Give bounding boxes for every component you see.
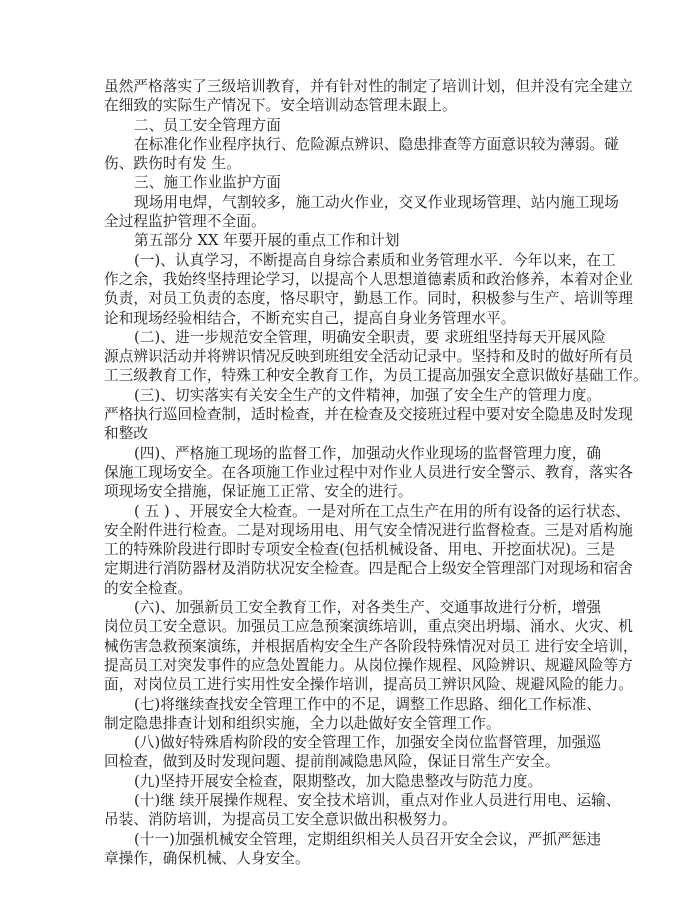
text-line: 章操作，确保机械、人身安全。	[104, 849, 598, 868]
text-line: (一)、认真学习，不断提高自身综合素质和业务管理水平．今年以来，在工	[104, 251, 598, 270]
text-line: 工三级教育工作，特殊工种安全教育工作，为员工提高加强安全意识做好基础工作。	[104, 366, 598, 385]
text-line: 全过程监护管理不全面。	[104, 212, 598, 231]
text-line: 作之余，我始终坚持理论学习，以提高个人思想道德素质和政治修养，本着对企业	[104, 270, 598, 289]
text-line: 在标准化作业程序执行、危险源点辨识、隐患排查等方面意识较为薄弱。碰	[104, 135, 598, 154]
text-line: (十一)加强机械安全管理，定期组织相关人员召开安全会议，严抓严惩违	[104, 830, 598, 849]
section-heading: 三、施工作业监护方面	[104, 173, 598, 192]
text-line: 岗位员工安全意识。加强员工应急预案演练培训，重点突出坍塌、涌水、火灾、机	[104, 617, 598, 636]
text-line: (八)做好特殊盾构阶段的安全管理工作，加强安全岗位监督管理，加强巡	[104, 733, 598, 752]
text-line: (三)、切实落实有关安全生产的文件精神，加强了安全生产的管理力度。	[104, 386, 598, 405]
text-line: 负责，对员工负责的态度，恪尽职守，勤恳工作。同时，积极参与生产、培训等理	[104, 289, 598, 308]
text-line: 现场用电焊，气割较多，施工动火作业，交叉作业现场管理、站内施工现场	[104, 193, 598, 212]
text-line: (七)将继续查找安全管理工作中的不足，调整工作思路、细化工作标准、	[104, 695, 598, 714]
text-line: (六)、加强新员工安全教育工作，对各类生产、交通事故进行分析，增强	[104, 598, 598, 617]
text-line: ( 五 ) 、开展安全大检查。一是对所在工点生产在用的所有设备的运行状态、	[104, 502, 598, 521]
text-line: (九)坚持开展安全检查，限期整改，加大隐患整改与防范力度。	[104, 772, 598, 791]
text-line: 和整改	[104, 424, 598, 443]
text-line: 制定隐患排查计划和组织实施，全力以赴做好安全管理工作。	[104, 714, 598, 733]
text-line: 项现场安全措施，保证施工正常、安全的进行。	[104, 482, 598, 501]
section-heading: 二、员工安全管理方面	[104, 116, 598, 135]
text-line: 虽然严格落实了三级培训教育，并有针对性的制定了培训计划，但并没有完全建立	[104, 77, 598, 96]
text-line: 安全附件进行检查。二是对现场用电、用气安全情况进行监督检查。三是对盾构施	[104, 521, 598, 540]
document-page: 虽然严格落实了三级培训教育，并有针对性的制定了培训计划，但并没有完全建立 在细致…	[104, 77, 598, 868]
text-line: 回检查，做到及时发现问题、提前削减隐患风险，保证日常生产安全。	[104, 752, 598, 771]
text-line: (四)、严格施工现场的监督工作，加强动火作业现场的监督管理力度，确	[104, 444, 598, 463]
text-line: (二)、进一步规范安全管理，明确安全职责，要 求班组坚持每天开展风险	[104, 328, 598, 347]
text-line: 在细致的实际生产情况下。安全培训动态管理未跟上。	[104, 96, 598, 115]
text-line: 的安全检查。	[104, 579, 598, 598]
text-line: 伤、跌伤时有发 生。	[104, 154, 598, 173]
text-line: 论和现场经验相结合，不断充实自己，提高自身业务管理水平。	[104, 309, 598, 328]
text-line: 吊装、消防培训，为提高员工安全意识做出积极努力。	[104, 810, 598, 829]
text-line: 工的特殊阶段进行即时专项安全检查(包括机械设备、用电、开挖面状况)。三是	[104, 540, 598, 559]
text-line: 提高员工对突发事件的应急处置能力。从岗位操作规程、风险辨识、规避风险等方	[104, 656, 598, 675]
text-line: 械伤害急救预案演练，并根据盾构安全生产各阶段特殊情况对员工 进行安全培训，	[104, 637, 598, 656]
text-line: 面，对岗位员工进行实用性安全操作培训，提高员工辨识风险、规避风险的能力。	[104, 675, 598, 694]
text-line: 严格执行巡回检查制，适时检查，并在检查及交接班过程中要对安全隐患及时发现	[104, 405, 598, 424]
text-line: (十)继 续开展操作规程、安全技术培训，重点对作业人员进行用电、运输、	[104, 791, 598, 810]
part-heading: 第五部分 XX 年要开展的重点工作和计划	[104, 231, 598, 250]
text-line: 源点辨识活动并将辨识情况反映到班组安全活动记录中。坚持和及时的做好所有员	[104, 347, 598, 366]
text-line: 保施工现场安全。在各项施工作业过程中对作业人员进行安全警示、教育，落实各	[104, 463, 598, 482]
text-line: 定期进行消防器材及消防状况安全检查。四是配合上级安全管理部门对现场和宿舍	[104, 559, 598, 578]
